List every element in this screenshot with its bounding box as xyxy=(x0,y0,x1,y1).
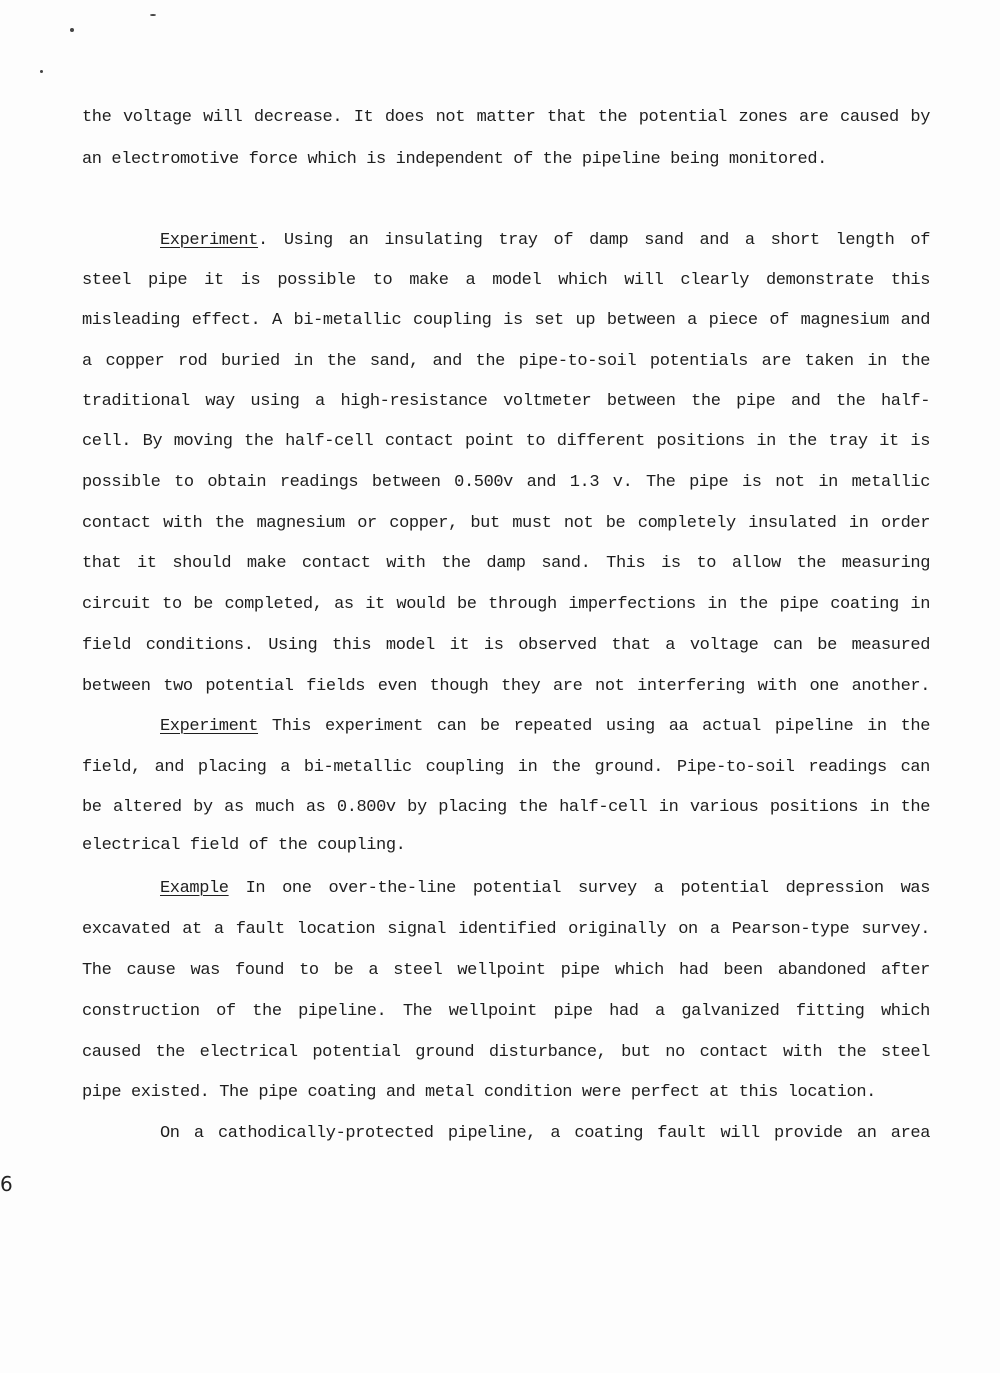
text-line: On a cathodically-protected pipeline, a … xyxy=(160,1124,930,1144)
section-heading: Experiment xyxy=(160,231,258,250)
text-line: contact with the magnesium or copper, bu… xyxy=(82,514,930,534)
heading-punct: . xyxy=(258,231,268,250)
text-line: misleading effect. A bi-metallic couplin… xyxy=(82,311,930,331)
text-line: The cause was found to be a steel wellpo… xyxy=(82,961,930,981)
text-line: the voltage will decrease. It does not m… xyxy=(82,108,930,128)
text-line: circuit to be completed, as it would be … xyxy=(82,595,930,615)
text-line: be altered by as much as 0.800v by placi… xyxy=(82,798,930,818)
section-heading: Experiment xyxy=(160,717,258,736)
text-line: cell. By moving the half-cell contact po… xyxy=(82,432,930,452)
text-line: that it should make contact with the dam… xyxy=(82,554,930,574)
text-line: construction of the pipeline. The wellpo… xyxy=(82,1002,930,1022)
text-line: electrical field of the coupling. xyxy=(82,836,930,856)
paragraph-first-line: Experiment. Using an insulating tray of … xyxy=(160,231,930,251)
page-number: 6 xyxy=(0,1172,13,1196)
section-heading: Example xyxy=(160,879,229,898)
text-line: an electromotive force which is independ… xyxy=(82,150,930,170)
text-line: caused the electrical potential ground d… xyxy=(82,1043,930,1063)
text-line: pipe existed. The pipe coating and metal… xyxy=(82,1083,930,1103)
text-span: In one over-the-line potential survey a … xyxy=(229,879,930,898)
text-span: This experiment can be repeated using aa… xyxy=(258,717,930,736)
scan-speck xyxy=(70,28,74,32)
text-line: steel pipe it is possible to make a mode… xyxy=(82,271,930,291)
text-line: possible to obtain readings between 0.50… xyxy=(82,473,930,493)
text-line: traditional way using a high-resistance … xyxy=(82,392,930,412)
scan-speck xyxy=(40,70,43,73)
text-line: excavated at a fault location signal ide… xyxy=(82,920,930,940)
scan-speck xyxy=(150,14,156,16)
text-line: between two potential fields even though… xyxy=(82,677,930,697)
paragraph-first-line: Example In one over-the-line potential s… xyxy=(160,879,930,899)
text-span: Using an insulating tray of damp sand an… xyxy=(268,231,930,250)
text-line: field conditions. Using this model it is… xyxy=(82,636,930,656)
text-line: a copper rod buried in the sand, and the… xyxy=(82,352,930,372)
paragraph-first-line: Experiment This experiment can be repeat… xyxy=(160,717,930,737)
text-line: field, and placing a bi-metallic couplin… xyxy=(82,758,930,778)
